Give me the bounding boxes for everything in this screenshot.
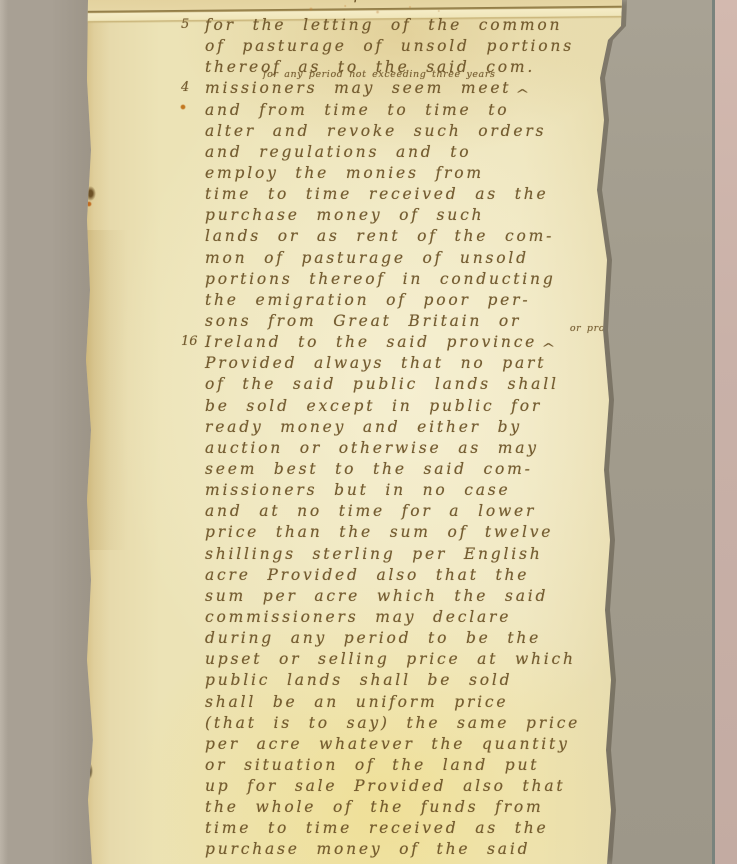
manuscript-line: during any period to be the — [205, 629, 633, 650]
line-text: acre Provided also that the — [205, 566, 529, 584]
manuscript-line: the whole of the funds from — [205, 798, 633, 819]
manuscript-line: sons from Great Britain or — [205, 312, 633, 333]
backdrop-right-strip — [715, 0, 737, 864]
line-text: the emigration of poor per- — [205, 291, 530, 309]
manuscript-line: auction or otherwise as may — [205, 439, 633, 460]
line-text: time to time received as the — [205, 819, 549, 837]
insertion-caret: ^ — [516, 87, 534, 101]
manuscript-line: of the said public lands shall — [205, 375, 633, 396]
manuscript-line: per acre whatever the quantity — [205, 735, 633, 756]
manuscript-line: lands or as rent of the com- — [205, 227, 633, 248]
manuscript-line: alter and revoke such orders — [205, 122, 633, 143]
line-text: public lands shall be sold — [205, 671, 512, 689]
manuscript-line: public lands shall be sold — [205, 671, 633, 692]
manuscript-text: 5for the letting of the common of pastur… — [205, 16, 633, 862]
line-text: Provided always that no part — [205, 354, 546, 372]
line-text: for the letting of the common — [205, 16, 562, 34]
line-text: per acre whatever the quantity — [205, 735, 570, 753]
manuscript-line: seem best to the said com- — [205, 460, 633, 481]
manuscript-line: acre Provided also that the — [205, 566, 633, 587]
manuscript-line: and regulations and to — [205, 143, 633, 164]
manuscript-line: sum per acre which the said — [205, 587, 633, 608]
line-text: shall be an uniform price — [205, 693, 508, 711]
manuscript-line: (that is to say) the same price — [205, 714, 633, 735]
manuscript-line: ready money and either by — [205, 418, 633, 439]
manuscript-line: time to time received as the — [205, 185, 633, 206]
line-text: or situation of the land put — [205, 756, 539, 774]
line-text: alter and revoke such orders — [205, 122, 546, 140]
line-text: ready money and either by — [205, 418, 522, 436]
margin-number: 4 — [181, 80, 189, 95]
line-text: time to time received as the — [205, 185, 549, 203]
line-text: portions thereof in conducting — [205, 270, 556, 288]
manuscript-line: the emigration of poor per- — [205, 291, 633, 312]
margin-number: 5 — [181, 17, 189, 32]
line-text: of the said public lands shall — [205, 375, 559, 393]
line-text: (that is to say) the same price — [205, 714, 580, 732]
manuscript-line: portions thereof in conducting — [205, 270, 633, 291]
interlinear-insertion: for any period not exceeding three years — [263, 69, 495, 80]
stain-damp-band — [84, 230, 128, 550]
line-text: and regulations and to — [205, 143, 471, 161]
line-text: shillings sterling per English — [205, 545, 543, 563]
manuscript-line: time to time received as the — [205, 819, 633, 840]
manuscript-line: shillings sterling per English — [205, 545, 633, 566]
manuscript-line: or provinces 16Ireland to the said provi… — [205, 333, 633, 354]
line-text: of pasturage of unsold portions — [205, 37, 574, 55]
manuscript-line: employ the monies from — [205, 164, 633, 185]
manuscript-line: missioners but in no case — [205, 481, 633, 502]
line-text: the whole of the funds from — [205, 798, 544, 816]
manuscript-line: be sold except in public for — [205, 397, 633, 418]
manuscript-line: Provided always that no part — [205, 354, 633, 375]
manuscript-line: or situation of the land put — [205, 756, 633, 777]
line-text: lands or as rent of the com- — [205, 227, 554, 245]
line-text: Ireland to the said province — [205, 333, 537, 351]
parchment-page: … expressed … 5for the letting of the co… — [84, 0, 628, 864]
line-text: during any period to be the — [205, 629, 541, 647]
line-text: missioners may seem meet — [205, 79, 511, 97]
line-text: purchase money of such — [205, 206, 484, 224]
line-text: commissioners may declare — [205, 608, 511, 626]
manuscript-line: purchase money of such — [205, 206, 633, 227]
manuscript-line: upset or selling price at which — [205, 650, 633, 671]
manuscript-line: and from time to time to — [205, 101, 633, 122]
backdrop-left — [0, 0, 92, 864]
line-text: mon of pasturage of unsold — [205, 249, 529, 267]
line-text: sons from Great Britain or — [205, 312, 521, 330]
manuscript-line: commissioners may declare — [205, 608, 633, 629]
manuscript-line: shall be an uniform price — [205, 693, 633, 714]
manuscript-line: of pasturage of unsold portions — [205, 37, 633, 58]
line-text: and at no time for a lower — [205, 502, 536, 520]
line-text: price than the sum of twelve — [205, 523, 553, 541]
manuscript-line: for any period not exceeding three years… — [205, 79, 633, 100]
line-text: purchase money of the said — [205, 840, 530, 858]
line-text: sum per acre which the said — [205, 587, 548, 605]
archival-photo: … expressed … 5for the letting of the co… — [0, 0, 737, 864]
margin-number: 16 — [181, 334, 198, 349]
manuscript-line: purchase money of the said — [205, 840, 633, 861]
stain-red-speck — [180, 104, 186, 110]
line-text: upset or selling price at which — [205, 650, 576, 668]
line-text: auction or otherwise as may — [205, 439, 539, 457]
line-text: missioners but in no case — [205, 481, 511, 499]
manuscript-line: up for sale Provided also that — [205, 777, 633, 798]
manuscript-line: price than the sum of twelve — [205, 523, 633, 544]
insertion-caret: ^ — [542, 341, 560, 355]
manuscript-line: mon of pasturage of unsold — [205, 249, 633, 270]
line-text: employ the monies from — [205, 164, 484, 182]
manuscript-line: and at no time for a lower — [205, 502, 633, 523]
line-text: seem best to the said com- — [205, 460, 533, 478]
manuscript-line: 5for the letting of the common — [205, 16, 633, 37]
line-text: up for sale Provided also that — [205, 777, 565, 795]
line-text: be sold except in public for — [205, 397, 542, 415]
line-text: and from time to time to — [205, 101, 509, 119]
